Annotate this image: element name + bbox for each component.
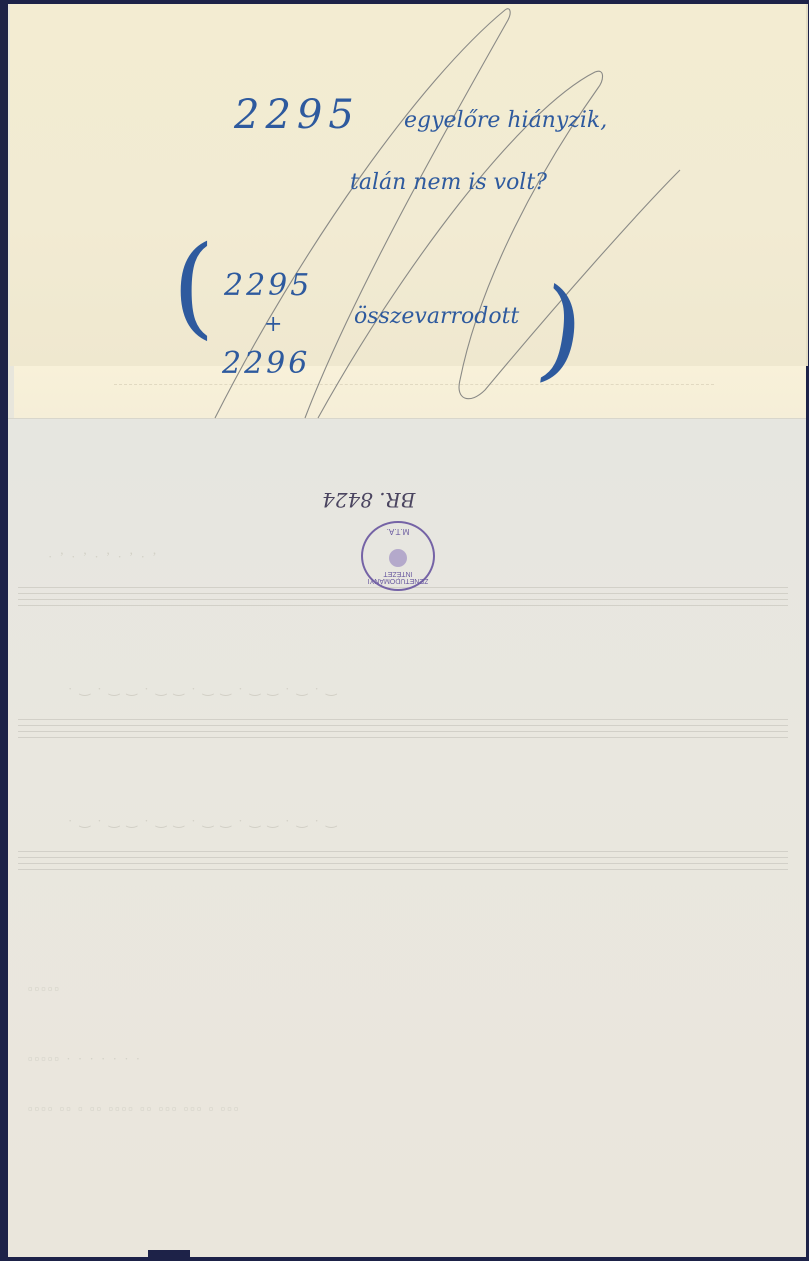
paper-notch bbox=[148, 1250, 190, 1261]
stamp-emblem-icon bbox=[389, 549, 407, 567]
bracket-number-lower: 2296 bbox=[222, 346, 310, 381]
annotation-bracket-text: összevarrodott bbox=[354, 304, 519, 329]
bracket-number-upper: 2295 bbox=[224, 268, 312, 303]
institute-stamp: ZENETUDOMÁNYI INTÉZET M.T.A. bbox=[361, 521, 435, 591]
stamp-bottom-text: M.T.A. bbox=[363, 527, 433, 536]
stamp-ring-text: ZENETUDOMÁNYI INTÉZET bbox=[363, 570, 433, 584]
open-parenthesis: ( bbox=[172, 222, 215, 350]
shelfmark-label: BR. 8424 bbox=[322, 488, 415, 512]
annotation-line-1: egyelőre hiányzik, bbox=[404, 108, 607, 133]
annotation-number: 2295 bbox=[234, 92, 360, 138]
plus-sign: + bbox=[264, 312, 282, 337]
annotation-line-2: talán nem is volt? bbox=[350, 170, 547, 195]
